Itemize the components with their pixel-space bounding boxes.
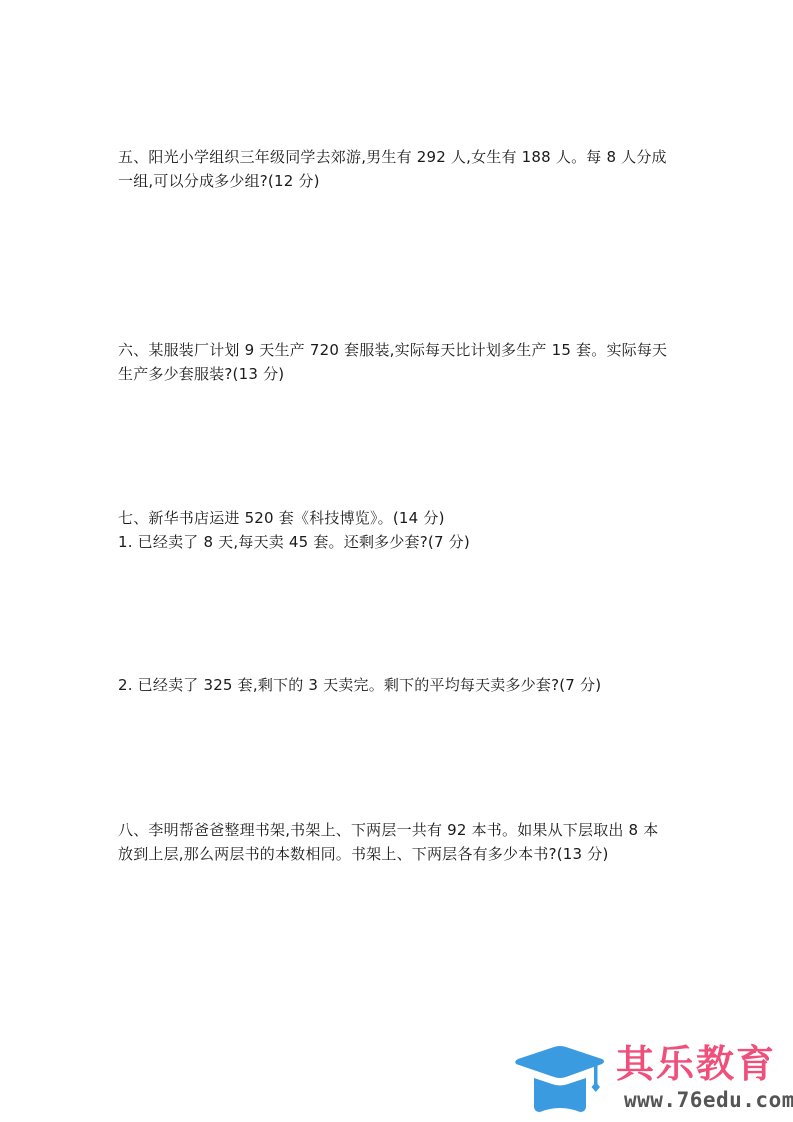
question-6: 六、某服装厂计划 9 天生产 720 套服装,实际每天比计划多生产 15 套。实… (118, 338, 683, 386)
question-5-line-2: 一组,可以分成多少组?(12 分) (118, 169, 683, 193)
question-7-part-2: 2. 已经卖了 325 套,剩下的 3 天卖完。剩下的平均每天卖多少套?(7 分… (118, 673, 683, 697)
question-8: 八、李明帮爸爸整理书架,书架上、下两层一共有 92 本书。如果从下层取出 8 本… (118, 818, 683, 866)
question-8-line-1: 八、李明帮爸爸整理书架,书架上、下两层一共有 92 本书。如果从下层取出 8 本 (118, 818, 683, 842)
question-7: 七、新华书店运进 520 套《科技博览》。(14 分) 1. 已经卖了 8 天,… (118, 506, 683, 554)
brand-url: www.76edu.com (624, 1088, 793, 1112)
question-7-part-2-line: 2. 已经卖了 325 套,剩下的 3 天卖完。剩下的平均每天卖多少套?(7 分… (118, 673, 683, 697)
question-7-part-1: 1. 已经卖了 8 天,每天卖 45 套。还剩多少套?(7 分) (118, 530, 683, 554)
brand-logo: 其乐教育 www.76edu.com (512, 1040, 787, 1115)
question-8-line-2: 放到上层,那么两层书的本数相同。书架上、下两层各有多少本书?(13 分) (118, 842, 683, 866)
question-6-line-2: 生产多少套服装?(13 分) (118, 362, 683, 386)
question-5: 五、阳光小学组织三年级同学去郊游,男生有 292 人,女生有 188 人。每 8… (118, 145, 683, 193)
question-7-heading: 七、新华书店运进 520 套《科技博览》。(14 分) (118, 506, 683, 530)
question-5-line-1: 五、阳光小学组织三年级同学去郊游,男生有 292 人,女生有 188 人。每 8… (118, 145, 683, 169)
worksheet-page: 五、阳光小学组织三年级同学去郊游,男生有 292 人,女生有 188 人。每 8… (0, 0, 793, 1122)
graduation-cap-icon (512, 1044, 612, 1116)
question-6-line-1: 六、某服装厂计划 9 天生产 720 套服装,实际每天比计划多生产 15 套。实… (118, 338, 683, 362)
brand-title: 其乐教育 (616, 1042, 776, 1086)
